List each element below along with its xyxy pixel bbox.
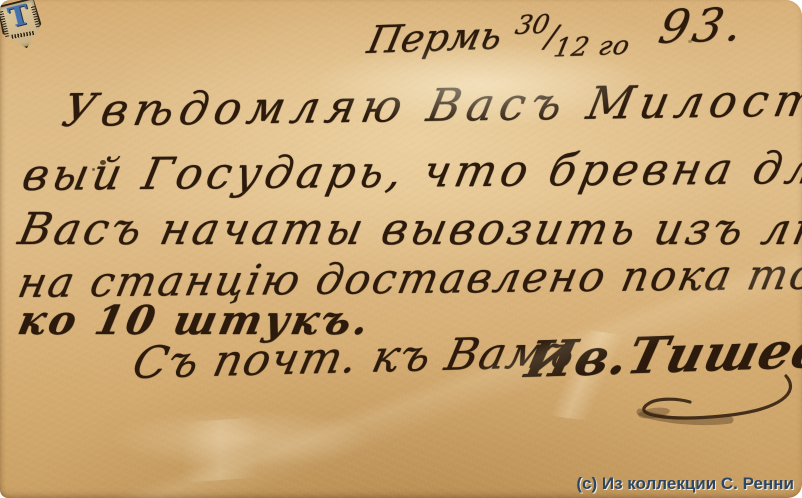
screenshot: T Пермь 30/12 го 93. Увѣдомляю Васъ Мило… [0, 0, 802, 498]
collection-credit: (с) Из коллекции С. Ренни [576, 474, 794, 494]
postcard-scan: T Пермь 30/12 го 93. Увѣдомляю Васъ Мило… [0, 0, 802, 498]
dateline-month: 12 го [551, 31, 633, 64]
dateline-place: Пермь [364, 13, 507, 62]
handwritten-line: Увѣдомляю Васъ Милости — [58, 72, 802, 137]
handwritten-line: вый Государь, что бревна для [18, 143, 802, 201]
collection-watermark-shield: T [0, 0, 46, 53]
paper-crease [28, 407, 411, 493]
handwritten-line: Васъ начаты вывозить изъ лѣса; [14, 204, 802, 255]
handwritten-dateline: Пермь 30/12 го 93. [362, 0, 752, 70]
dateline-year: 93. [654, 0, 751, 54]
handwritten-closing: Съ почт. къ Вамъ [128, 327, 581, 389]
